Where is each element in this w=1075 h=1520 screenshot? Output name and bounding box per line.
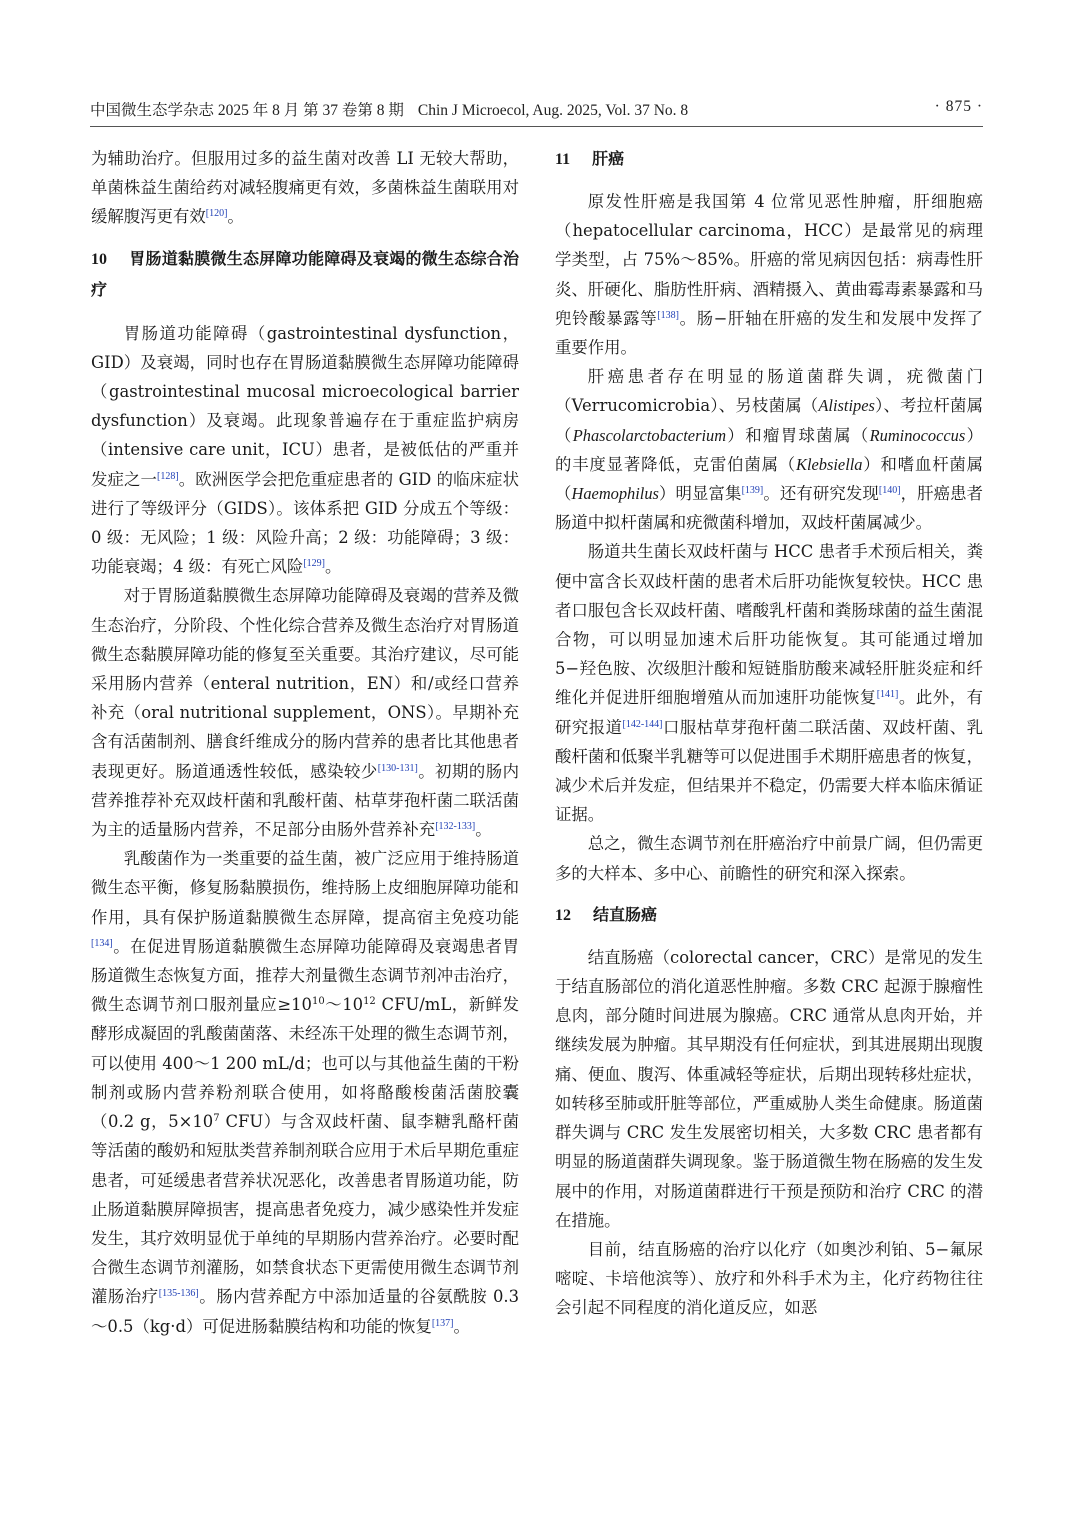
paragraph: 对于胃肠道黏膜微生态屏障功能障碍及衰竭的营养及微生态治疗，分阶段、个性化综合营养… bbox=[91, 581, 519, 844]
paragraph: 乳酸菌作为一类重要的益生菌，被广泛应用于维持肠道微生态平衡，修复肠黏膜损伤，维持… bbox=[91, 844, 519, 1340]
paragraph: 总之，微生态调节剂在肝癌治疗中前景广阔，但仍需更多的大样本、多中心、前瞻性的研究… bbox=[555, 829, 983, 887]
journal-name-cn: 中国微生态学杂志 2025 年 8 月 第 37 卷第 8 期 bbox=[90, 102, 404, 119]
section-title: 肝癌 bbox=[592, 149, 624, 168]
section-heading-12: 12结直肠癌 bbox=[555, 900, 983, 931]
genus-name: Phascolarctobacterium bbox=[573, 426, 726, 445]
section-number: 12 bbox=[555, 907, 571, 924]
section-heading-11: 11肝癌 bbox=[555, 144, 983, 175]
paragraph: 结直肠癌（colorectal cancer，CRC）是常见的发生于结直肠部位的… bbox=[555, 943, 983, 1235]
citation-link[interactable]: [141] bbox=[877, 689, 899, 700]
genus-name: Klebsiella bbox=[796, 455, 862, 474]
right-column: 11肝癌 原发性肝癌是我国第 4 位常见恶性肿瘤，肝细胞癌（hepatocell… bbox=[555, 144, 983, 1323]
citation-link[interactable]: [120] bbox=[206, 208, 228, 219]
section-title: 结直肠癌 bbox=[593, 905, 657, 924]
journal-name-en: Chin J Microecol, Aug. 2025, Vol. 37 No.… bbox=[418, 102, 688, 119]
citation-link[interactable]: [138] bbox=[657, 310, 679, 321]
genus-name: Ruminococcus bbox=[870, 426, 966, 445]
citation-link[interactable]: [130-131] bbox=[378, 763, 418, 774]
citation-link[interactable]: [128] bbox=[157, 471, 179, 482]
citation-link[interactable]: [142-144] bbox=[622, 719, 662, 730]
citation-link[interactable]: [137] bbox=[432, 1318, 454, 1329]
citation-link[interactable]: [132-133] bbox=[435, 821, 475, 832]
journal-info: 中国微生态学杂志 2025 年 8 月 第 37 卷第 8 期Chin J Mi… bbox=[90, 98, 688, 120]
exponent: 10 bbox=[312, 996, 325, 1007]
citation-link[interactable]: [140] bbox=[879, 485, 901, 496]
citation-link[interactable]: [134] bbox=[91, 938, 113, 949]
citation-link[interactable]: [135-136] bbox=[159, 1288, 199, 1299]
paragraph: 肝癌患者存在明显的肠道菌群失调，疣微菌门（Verrucomicrobia）、另枝… bbox=[555, 362, 983, 537]
paragraph: 为辅助治疗。但服用过多的益生菌对改善 LI 无较大帮助，单菌株益生菌给药对减轻腹… bbox=[91, 144, 519, 232]
citation-link[interactable]: [129] bbox=[303, 558, 325, 569]
page-number: · 875 · bbox=[935, 98, 983, 116]
citation-link[interactable]: [139] bbox=[742, 485, 764, 496]
running-header: 中国微生态学杂志 2025 年 8 月 第 37 卷第 8 期Chin J Mi… bbox=[90, 96, 983, 127]
paragraph: 胃肠道功能障碍（gastrointestinal dysfunction，GID… bbox=[91, 319, 519, 582]
exponent: 12 bbox=[363, 996, 376, 1007]
section-heading-10: 10胃肠道黏膜微生态屏障功能障碍及衰竭的微生态综合治疗 bbox=[91, 244, 519, 305]
genus-name: Haemophilus bbox=[572, 484, 659, 503]
section-number: 11 bbox=[555, 151, 570, 168]
paragraph: 肠道共生菌长双歧杆菌与 HCC 患者手术预后相关，粪便中富含长双歧杆菌的患者术后… bbox=[555, 537, 983, 829]
genus-name: Alistipes bbox=[818, 396, 874, 415]
left-column: 为辅助治疗。但服用过多的益生菌对改善 LI 无较大帮助，单菌株益生菌给药对减轻腹… bbox=[91, 144, 519, 1341]
section-number: 10 bbox=[91, 251, 107, 268]
paragraph: 原发性肝癌是我国第 4 位常见恶性肿瘤，肝细胞癌（hepatocellular … bbox=[555, 187, 983, 362]
paragraph: 目前，结直肠癌的治疗以化疗（如奥沙利铂、5−氟尿嘧啶、卡培他滨等）、放疗和外科手… bbox=[555, 1235, 983, 1323]
section-title: 胃肠道黏膜微生态屏障功能障碍及衰竭的微生态综合治疗 bbox=[91, 249, 519, 299]
